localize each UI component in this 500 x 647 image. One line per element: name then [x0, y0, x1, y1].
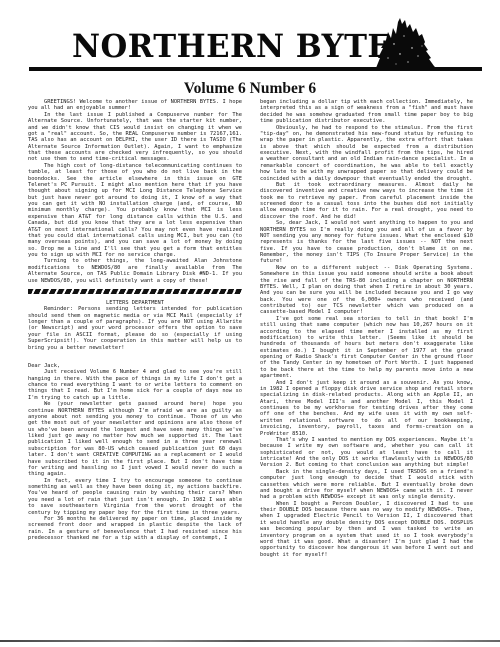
letter-paragraph: And I don't just keep it around as a sou… — [260, 380, 473, 437]
telecom-paragraph: The high cost of long-distance telecommu… — [28, 163, 242, 259]
letter-paragraph: When I bought a Percom Doubler, I discov… — [260, 501, 473, 558]
right-column: began including a dollar tip with each c… — [260, 99, 473, 558]
newdos-paragraph: Turning to other things, the long-awaite… — [28, 258, 242, 284]
left-column: GREETINGS! Welcome to another issue of N… — [28, 99, 242, 541]
letter-paragraph: began including a dollar tip with each c… — [260, 99, 473, 125]
letter-paragraph: We (your newsletter gets passed around h… — [28, 401, 242, 478]
letter-paragraph: Obviously, he had to respond to the stim… — [260, 125, 473, 182]
masthead: NORTHERN BYTES — [0, 0, 500, 78]
letter-paragraph: Just received Volume 6 Number 4 and glad… — [28, 369, 242, 401]
letter-paragraph: That's why I wanted to mention my DOS ex… — [260, 437, 473, 469]
newsletter-title: NORTHERN BYTES — [72, 30, 414, 62]
letter-paragraph: But it took extraordinary measures. Almo… — [260, 182, 473, 220]
masthead-rule — [29, 67, 482, 71]
letter-paragraph: Now on to a different subject -- Disk Op… — [260, 265, 473, 316]
letter-paragraph: I've got some real sea stories to tell i… — [260, 316, 473, 380]
issue-volume-number: Volume 6 Number 6 — [0, 80, 500, 98]
letters-reminder: Reminder: Persons sending letters intend… — [28, 306, 242, 351]
page-bottom-edge — [0, 640, 500, 642]
pine-trees-icon — [374, 14, 446, 70]
section-divider — [28, 289, 242, 294]
greetings-paragraph: GREETINGS! Welcome to another issue of N… — [28, 99, 242, 112]
letter-paragraph: For 36 months he delivered my paper on t… — [28, 516, 242, 542]
letter-paragraph: So, dear Jack, I would not want anything… — [260, 220, 473, 265]
letter-paragraph: In fact, every time I try to encourage s… — [28, 478, 242, 516]
compuserve-paragraph: In the last issue I published a Compuser… — [28, 112, 242, 163]
letter-paragraph: Back in the single-density days, I used … — [260, 469, 473, 501]
